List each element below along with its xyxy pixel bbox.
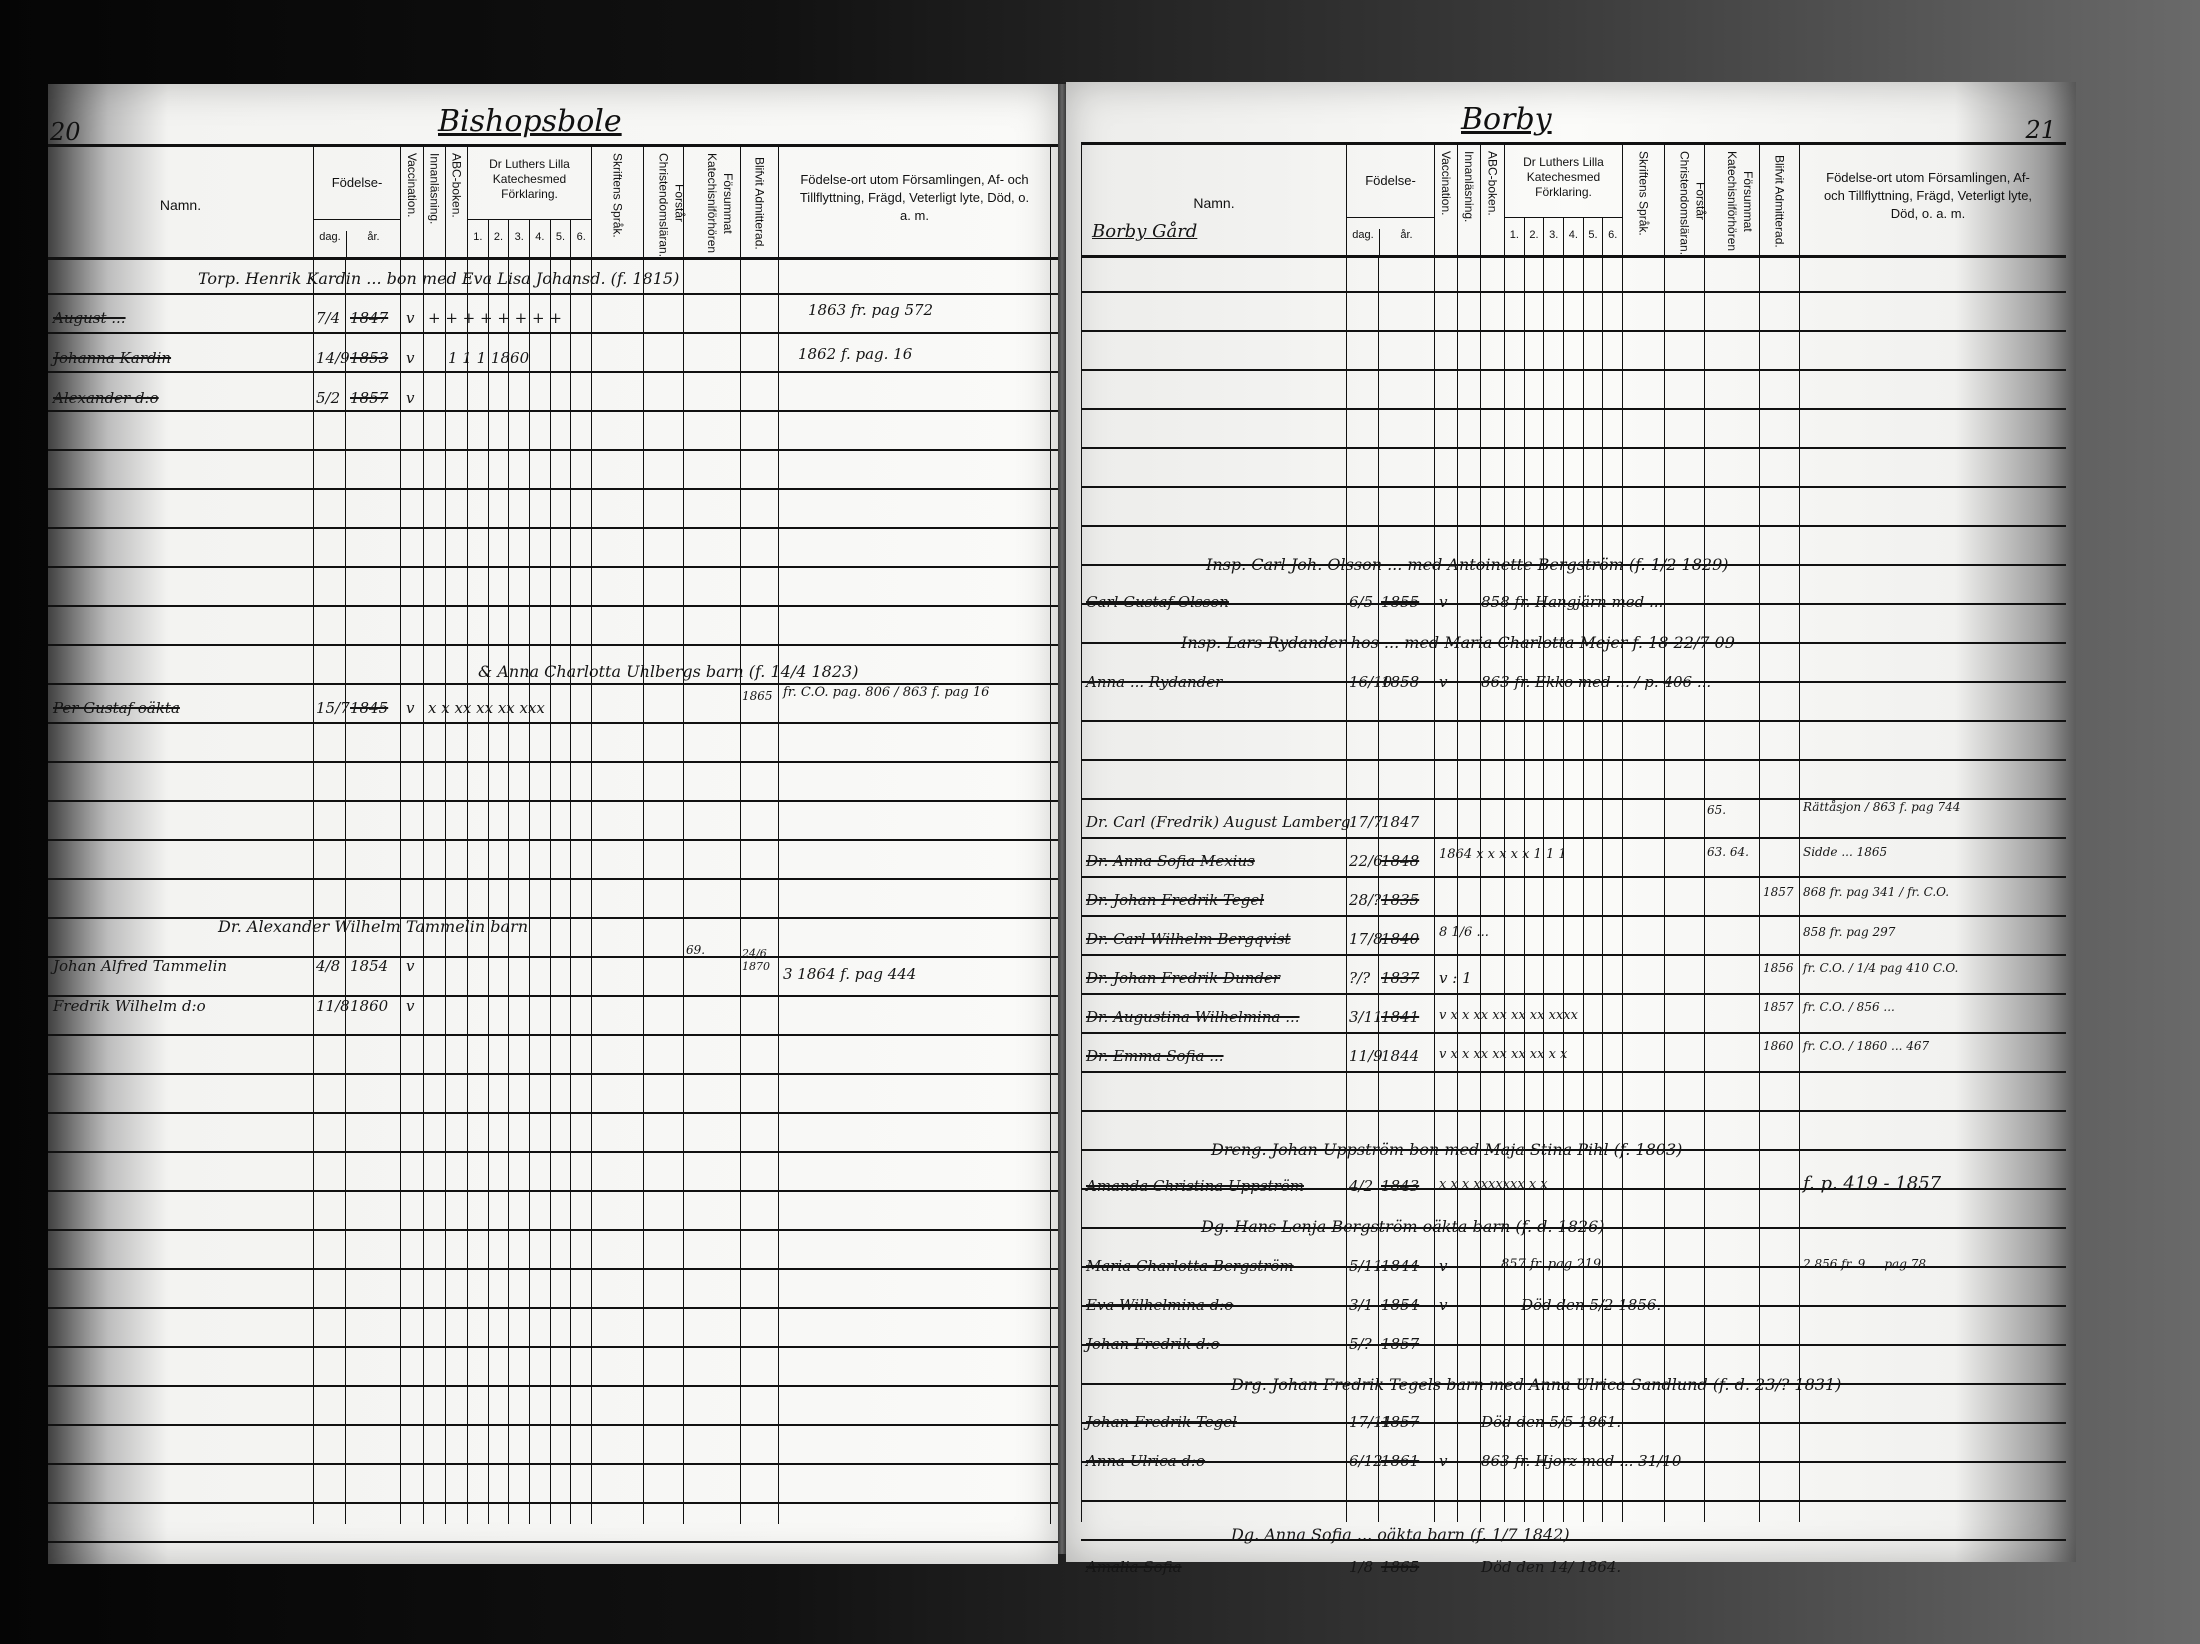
farm-name: Borby Gård <box>1092 221 1197 242</box>
entry-name: Dr. Emma Sofia ... <box>1086 1047 1224 1065</box>
header-vaccination: Vaccination. <box>1434 145 1457 255</box>
household-heading: Torp. Henrik Kardin ... bon med Eva Lisa… <box>198 269 679 288</box>
entry-name: Per Gustaf oäkta <box>53 699 180 717</box>
header-scripture: Skriftens Språk. <box>1622 145 1664 255</box>
page-number: 20 <box>50 118 81 146</box>
header-abc: ABC-boken. <box>445 147 467 257</box>
entry-name: Alexander d:o <box>53 389 159 407</box>
header-remarks: Födelse-ort utom Församlingen, Af- och T… <box>1799 145 2056 255</box>
household-heading: Dg. Anna Sofia ... oäkta barn (f. 1/7 18… <box>1231 1525 1570 1544</box>
place-title: Bishopsbole <box>438 104 622 139</box>
entry-name: Dr. Carl (Fredrik) August Lamberg <box>1086 813 1350 831</box>
entry-name: Dr. Carl Wilhelm Bergqvist <box>1086 930 1291 948</box>
header-catechism: Dr Luthers Lilla Katechesmed Förklaring.… <box>467 147 591 257</box>
household-heading: Dg. Hans Lenja Bergström oäkta barn (f. … <box>1201 1217 1605 1236</box>
household-heading: Dr. Alexander Wilhelm Tammelin barn <box>218 917 528 936</box>
entry-name: Dr. Augustina Wilhelmina ... <box>1086 1008 1300 1026</box>
entry-name: August ... <box>53 309 126 327</box>
place-title: Borby <box>1461 102 1552 137</box>
household-heading: & Anna Charlotta Uhlbergs barn (f. 14/4 … <box>478 662 858 681</box>
header-remarks: Födelse-ort utom Församlingen, Af- och T… <box>778 147 1050 257</box>
household-heading: Insp. Carl Joh. Olsson ... med Antoinett… <box>1206 555 1728 574</box>
entry-name: Amalia Sofia <box>1086 1558 1182 1576</box>
header-missed: Försummat Katechisniförhören <box>1704 145 1759 255</box>
column-header: Namn. Borby Gård Födelse- dag. år. Vacci… <box>1081 142 2066 258</box>
entry-day: 7/4 <box>316 309 340 327</box>
entry-name: Johan Fredrik d:o <box>1086 1335 1220 1353</box>
column-header: Namn. Födelse- dag. år. Vaccination. Inn… <box>48 144 1058 260</box>
entry-name: Dr. Johan Fredrik Dunder <box>1086 969 1280 987</box>
left-page: 20 Bishopsbole Namn. Födelse- dag. år. V… <box>48 84 1058 1564</box>
header-admitted: Blifvit Admitterad. <box>740 147 778 257</box>
household-heading: Dreng. Johan Uppström bon med Maja Stina… <box>1211 1140 1682 1159</box>
header-birth: Födelse- dag. år. <box>313 147 400 257</box>
right-page: 21 Borby Namn. Borby Gård Födelse- dag. … <box>1066 82 2076 1562</box>
entry-year: 1847 <box>350 309 388 327</box>
entry-name: Maria Charlotta Bergström <box>1086 1257 1294 1275</box>
header-understands: Förstår Christendomsläran. <box>1664 145 1704 255</box>
register-grid: Insp. Carl Joh. Olsson ... med Antoinett… <box>1081 255 2066 1522</box>
entry-name: Anna ... Rydander <box>1086 673 1222 691</box>
entry-name: Eva Wilhelmina d:o <box>1086 1296 1233 1314</box>
header-birth: Födelse- dag. år. <box>1346 145 1434 255</box>
header-admitted: Blifvit Admitterad. <box>1759 145 1799 255</box>
entry-name: Amanda Christina Uppström <box>1086 1177 1304 1195</box>
entry-name: Anna Ulrica d:o <box>1086 1452 1205 1470</box>
entry-name: Dr. Anna Sofia Mexius <box>1086 852 1255 870</box>
header-abc: ABC-boken. <box>1480 145 1504 255</box>
entry-name: Johan Alfred Tammelin <box>53 957 227 975</box>
entry-name: Carl Gustaf Olsson <box>1086 593 1229 611</box>
header-understands: Förstår Christendomsläran. <box>643 147 683 257</box>
header-scripture: Skriftens Språk. <box>591 147 643 257</box>
entry-name: Johanna Kardin <box>53 349 171 367</box>
entry-remarks: 1863 fr. pag 572 <box>808 301 933 319</box>
header-reading: Innanläsning. <box>423 147 445 257</box>
entry-name: Fredrik Wilhelm d:o <box>53 997 206 1015</box>
household-heading: Drg. Johan Fredrik Tegels barn med Anna … <box>1231 1375 1841 1394</box>
register-grid: Torp. Henrik Kardin ... bon med Eva Lisa… <box>48 257 1058 1524</box>
header-name: Namn. <box>48 147 313 257</box>
header-vaccination: Vaccination. <box>400 147 423 257</box>
page-number: 21 <box>2025 116 2056 144</box>
household-heading: Insp. Lars Rydander hos ... med Maria Ch… <box>1181 633 1735 652</box>
header-name: Namn. Borby Gård <box>1081 145 1346 255</box>
header-catechism: Dr Luthers Lilla Katechesmed Förklaring.… <box>1504 145 1622 255</box>
entry-name: Johan Fredrik Tegel <box>1086 1413 1237 1431</box>
header-reading: Innanläsning. <box>1457 145 1480 255</box>
header-missed: Försummat Katechisniförhören <box>683 147 740 257</box>
entry-name: Dr. Johan Fredrik Tegel <box>1086 891 1264 909</box>
